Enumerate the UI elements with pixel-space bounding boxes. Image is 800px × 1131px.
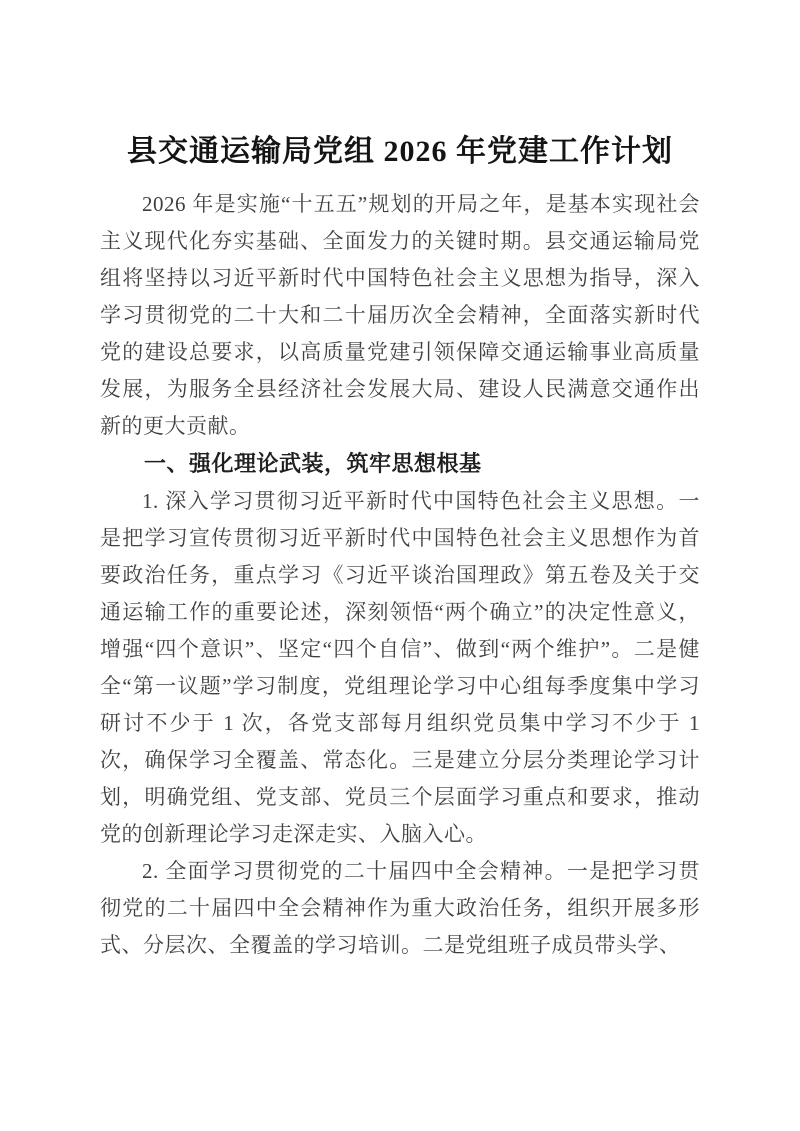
paragraph-point-2: 2. 全面学习贯彻党的二十届四中全会精神。一是把学习贯彻党的二十届四中全会精神作… bbox=[100, 853, 700, 964]
document-page: 县交通运输局党组 2026 年党建工作计划 2026 年是实施“十五五”规划的开… bbox=[0, 0, 800, 1131]
paragraph-point-1: 1. 深入学习贯彻习近平新时代中国特色社会主义思想。一是把学习宣传贯彻习近平新时… bbox=[100, 483, 700, 853]
paragraph-intro: 2026 年是实施“十五五”规划的开局之年，是基本实现社会主义现代化夯实基础、全… bbox=[100, 186, 700, 445]
section-heading-theory: 一、强化理论武装，筑牢思想根基 bbox=[100, 445, 700, 483]
document-title: 县交通运输局党组 2026 年党建工作计划 bbox=[100, 130, 700, 174]
